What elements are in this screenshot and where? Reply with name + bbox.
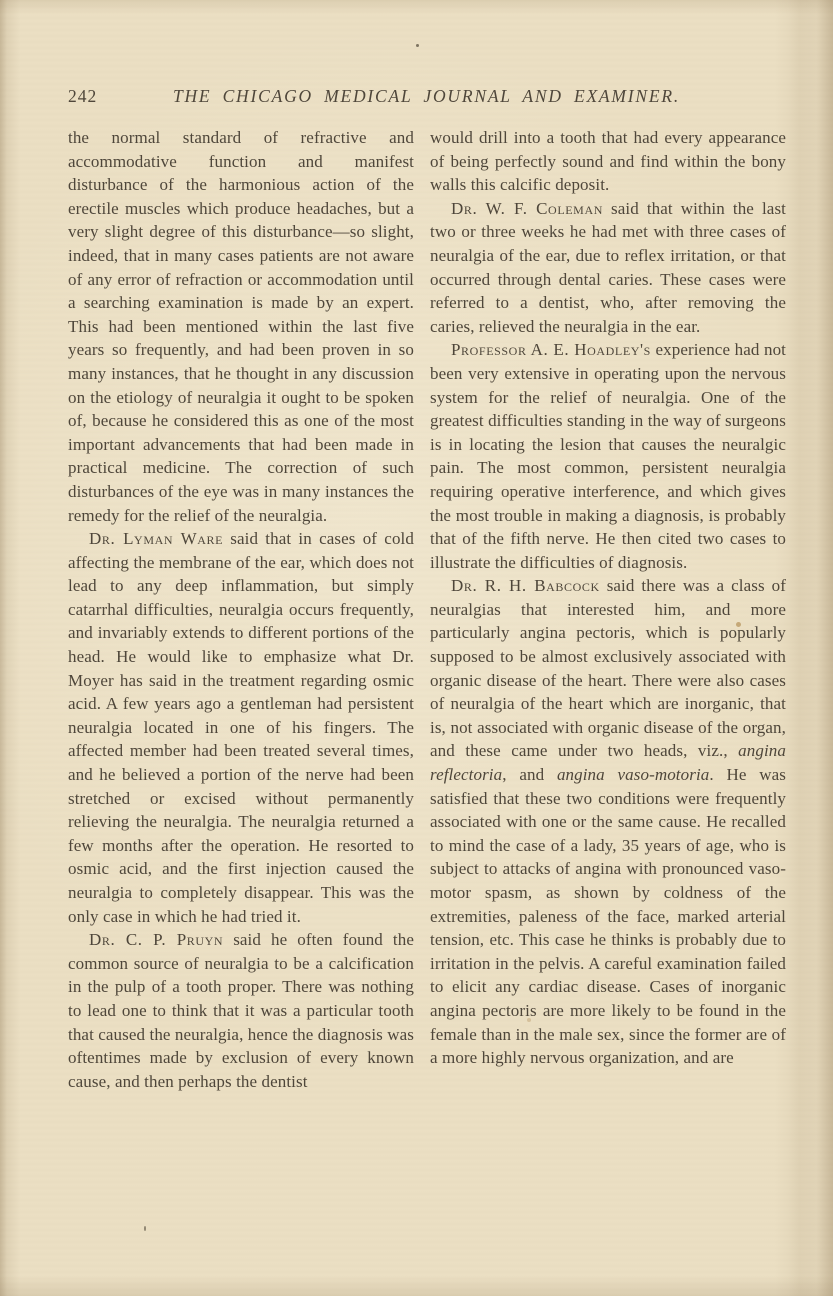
column-right: would drill into a tooth that had every … [430,126,786,1093]
paragraph: Dr. Lyman Ware said that in cases of col… [68,527,414,928]
page-header: 242 THE CHICAGO MEDICAL JOURNAL AND EXAM… [68,86,785,108]
text-run: said that within the last two or three w… [430,199,786,336]
paragraph: the normal standard of refractive and ac… [68,126,414,527]
text-run: said he often found the common source of… [68,930,414,1091]
speaker-name: Professor A. E. Hoadley's [451,340,651,359]
page-number: 242 [68,86,97,107]
paragraph: would drill into a tooth that had every … [430,126,786,197]
speaker-name: Dr. W. F. Coleman [451,199,603,218]
text-run: experience had not been very extensive i… [430,340,786,571]
paragraph: Dr. C. P. Pruyn said he often found the … [68,928,414,1093]
page: 242 THE CHICAGO MEDICAL JOURNAL AND EXAM… [0,0,833,1296]
speaker-name: Dr. R. H. Babcock [451,576,600,595]
scan-speck [144,1226,146,1231]
text-run: said there was a class of neuralgias tha… [430,576,786,760]
column-left: the normal standard of refractive and ac… [68,126,414,1093]
journal-title: THE CHICAGO MEDICAL JOURNAL AND EXAMINER… [68,86,785,107]
paragraph: Dr. R. H. Babcock said there was a class… [430,574,786,1069]
text-run: , and [502,765,557,784]
latin-term: angina vaso-motoria [557,765,709,784]
text-body: the normal standard of refractive and ac… [68,126,786,1093]
text-run: said that in cases of cold affecting the… [68,529,414,926]
speaker-name: Dr. C. P. Pruyn [89,930,223,949]
text-run: the normal standard of refractive and ac… [68,128,414,525]
text-run: . He was satisfied that these two condit… [430,765,786,1067]
text-run: would drill into a tooth that had every … [430,128,786,194]
scan-speck [416,44,419,47]
speaker-name: Dr. Lyman Ware [89,529,223,548]
paragraph: Professor A. E. Hoadley's experience had… [430,338,786,574]
paragraph: Dr. W. F. Coleman said that within the l… [430,197,786,339]
